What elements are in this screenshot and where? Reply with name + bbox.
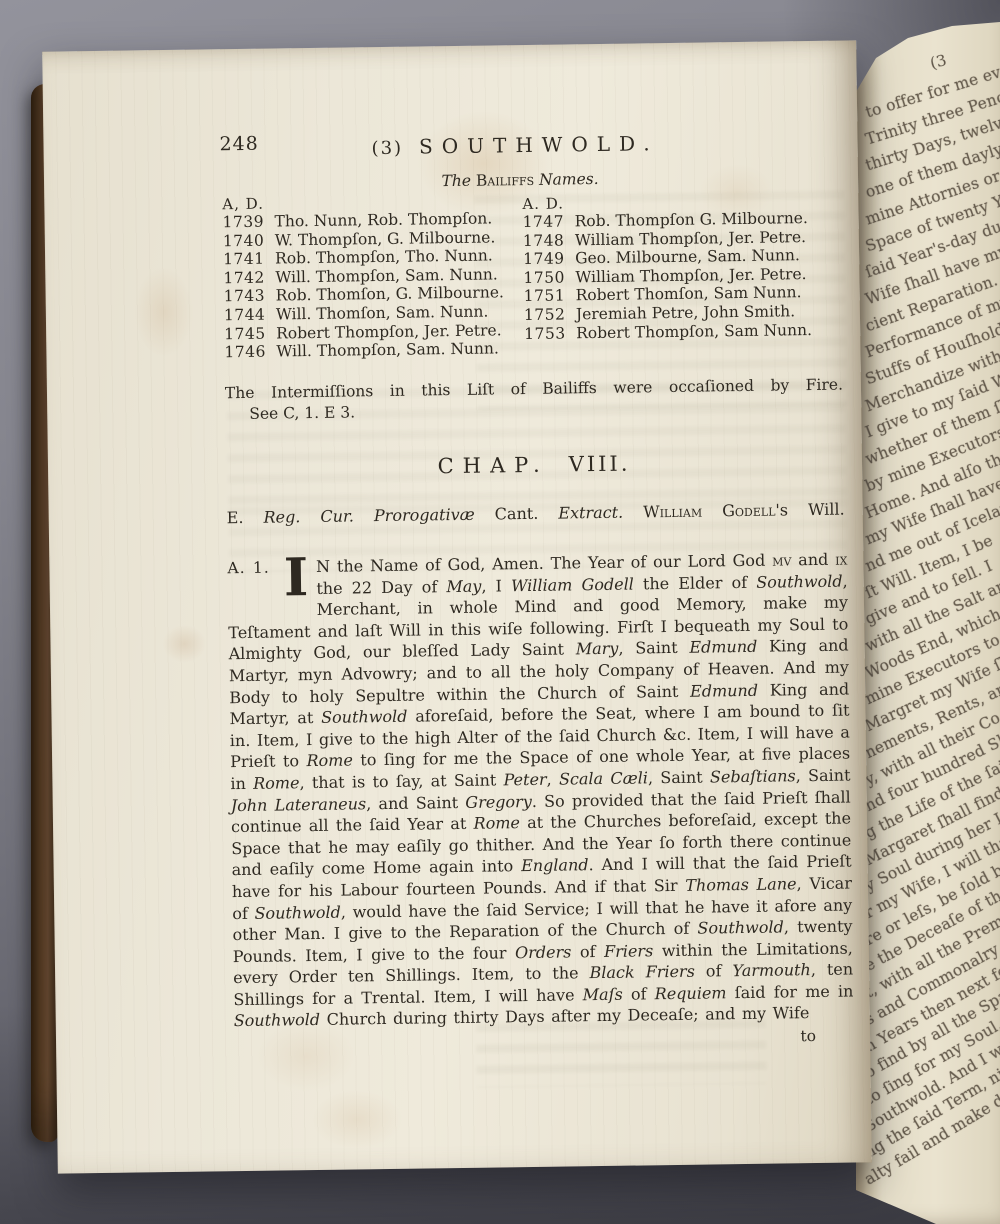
text-segment: Orders: [515, 942, 572, 962]
text-segment: Names.: [534, 170, 599, 189]
text-segment: Rome: [473, 813, 520, 833]
text-segment: Scala Cæli: [559, 768, 648, 788]
bailiff-year: 1742: [223, 268, 265, 287]
text-segment: mv: [772, 550, 791, 569]
running-title-index: (3): [371, 138, 403, 159]
text-segment: Maſs: [583, 985, 623, 1005]
bailiff-year: 1745: [224, 324, 266, 343]
text-segment: Cant.: [475, 504, 559, 524]
bailiff-names: Will. Thompſon, Sam. Nunn.: [276, 340, 499, 362]
bailiffs-left-column-header: A, D.: [222, 195, 264, 214]
dropcap-initial: I: [284, 558, 309, 600]
text-segment: , that is to ſay, at Saint: [299, 770, 503, 792]
text-segment: , and Saint: [366, 792, 465, 812]
text-segment: of: [571, 942, 604, 961]
text-segment: Edmund: [690, 680, 758, 700]
text-segment: Mary: [576, 639, 619, 659]
bailiff-row: 1746Will. Thompſon, Sam. Nunn.: [224, 339, 504, 362]
text-segment: of: [695, 961, 733, 981]
bailiff-year: 1749: [523, 250, 565, 269]
chapter-subtitle: E. Reg. Cur. Prorogativæ Cant. Extract. …: [227, 499, 845, 530]
bailiff-year: 1746: [224, 343, 266, 362]
text-segment: [623, 502, 643, 521]
text-segment: ,: [546, 770, 559, 789]
bailiff-year: 1741: [223, 250, 265, 269]
text-segment: Rome: [253, 773, 300, 793]
bailiff-row: 1753Robert Thompſon, Sam Nunn.: [524, 321, 812, 344]
text-segment: Peter: [503, 770, 546, 790]
text-segment: Extract.: [558, 503, 623, 523]
text-segment: Church during thirty Days after my Decea…: [320, 1004, 810, 1030]
section-marker: A. 1.: [227, 558, 270, 580]
text-segment: William Godell: [511, 574, 634, 595]
photo-of-book: { "book": { "page_number": "248", "heade…: [0, 0, 1000, 1224]
text-segment: Reg. Cur. Prorogativæ: [263, 505, 474, 527]
text-segment: Sebaſtians: [710, 766, 796, 786]
text-segment: Southwold: [756, 571, 843, 591]
bailiff-year: 1751: [524, 287, 566, 306]
text-segment: , I: [481, 576, 511, 595]
text-segment: E.: [227, 508, 264, 528]
text-segment: Southwold: [234, 1010, 321, 1030]
bailiffs-right-column-header: A. D.: [522, 194, 564, 213]
intermissions-note: The Intermiſſions in this Liſt of Bailif…: [225, 375, 843, 405]
running-title: (3)SOUTHWOLD.: [371, 131, 658, 159]
text-segment: and: [791, 550, 835, 570]
bailiff-year: 1743: [224, 287, 266, 306]
bailiffs-right-column: 1747Rob. Thompſon G. Milbourne.1748Willi…: [523, 209, 813, 343]
text-segment: Bailiffs: [476, 171, 534, 190]
text-segment: ſaid for me in: [726, 981, 853, 1002]
page-number: 248: [219, 133, 259, 156]
right-page-header-fragment: (3: [928, 50, 949, 72]
will-paragraph: A. 1.IN the Name of God, Amen. The Year …: [227, 549, 854, 1033]
bailiff-year: 1750: [523, 268, 565, 287]
bailiff-year: 1752: [524, 305, 566, 324]
text-segment: William Godell: [643, 501, 776, 522]
text-segment: Yarmouth: [732, 960, 811, 980]
text-segment: Gregory: [465, 792, 532, 812]
text-segment: Southwold: [254, 902, 341, 922]
running-title-word: SOUTHWOLD.: [419, 131, 659, 158]
text-segment: , Saint: [618, 638, 689, 658]
bailiff-names: Robert Thompſon, Sam Nunn.: [576, 321, 812, 343]
text-segment: , Saint: [648, 767, 710, 787]
text-segment: 's Will.: [775, 500, 845, 520]
text-segment: John Lateraneus: [231, 794, 367, 815]
intermissions-note-reference: See C, 1. E 3.: [249, 403, 355, 422]
text-segment: ix: [835, 550, 847, 569]
text-segment: Edmund: [689, 637, 757, 657]
text-segment: the 22 Day of: [316, 577, 446, 598]
text-segment: VIII.: [569, 452, 631, 477]
text-segment: Thomas Lane: [685, 874, 796, 895]
text-segment: The: [441, 172, 476, 190]
bailiff-year: 1753: [524, 324, 566, 343]
text-segment: CHAP.: [437, 453, 548, 479]
text-segment: Rome: [306, 751, 353, 771]
text-segment: , Saint: [796, 765, 851, 785]
text-segment: Friers: [604, 941, 653, 961]
text-segment: Requiem: [655, 983, 727, 1003]
bailiff-year: 1748: [523, 231, 565, 250]
bailiffs-left-column: 1739Tho. Nunn, Rob. Thompſon.1740W. Thom…: [222, 209, 504, 362]
bailiff-year: 1739: [222, 213, 264, 232]
text-segment: Southwold: [697, 918, 784, 938]
text-segment: Black Friers: [589, 962, 695, 982]
right-page-edge: (3 to offer for me everyTrinity three Pe…: [856, 0, 1000, 1224]
text-segment: of: [623, 984, 655, 1003]
bailiff-year: 1744: [224, 306, 266, 325]
will-text: N the Name of God, Amen. The Year of our…: [228, 550, 853, 1031]
bailiff-year: 1740: [223, 231, 265, 250]
text-segment: the Elder of: [634, 572, 757, 593]
text-segment: May: [446, 576, 481, 595]
bailiffs-subtitle: The Bailiffs Names.: [220, 167, 820, 193]
bailiff-year: 1747: [523, 212, 565, 231]
text-segment: Southwold: [321, 707, 408, 727]
chapter-heading: CHAP.VIII.: [224, 449, 844, 482]
text-segment: England: [521, 856, 589, 876]
left-page: 248 (3)SOUTHWOLD. The Bailiffs Names. A,…: [42, 40, 872, 1173]
